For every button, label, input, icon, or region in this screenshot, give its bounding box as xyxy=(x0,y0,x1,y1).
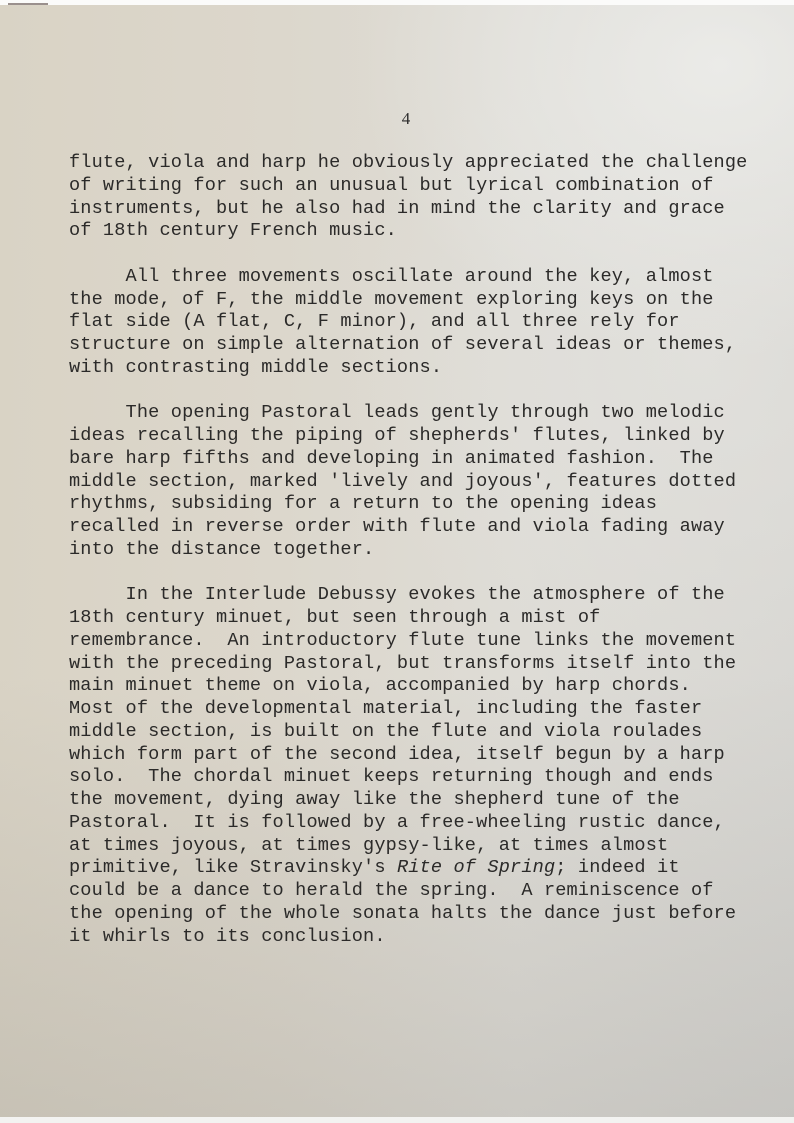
paragraph-1: flute, viola and harp he obviously appre… xyxy=(69,152,769,243)
text-line: In the Interlude Debussy evokes the atmo… xyxy=(69,584,769,607)
page-number: 4 xyxy=(0,109,794,129)
text-line: solo. The chordal minuet keeps returning… xyxy=(69,766,769,789)
text-line: structure on simple alternation of sever… xyxy=(69,334,769,357)
text-line: bare harp fifths and developing in anima… xyxy=(69,448,769,471)
text-line: the opening of the whole sonata halts th… xyxy=(69,903,769,926)
text-line: instruments, but he also had in mind the… xyxy=(69,198,769,221)
italic-title: Rite of Spring xyxy=(397,857,555,878)
text-line: into the distance together. xyxy=(69,539,769,562)
text-line: Most of the developmental material, incl… xyxy=(69,698,769,721)
text-line: remembrance. An introductory flute tune … xyxy=(69,630,769,653)
text-line: of writing for such an unusual but lyric… xyxy=(69,175,769,198)
text-line: Pastoral. It is followed by a free-wheel… xyxy=(69,812,769,835)
text-line: main minuet theme on viola, accompanied … xyxy=(69,675,769,698)
photo-bottom-edge xyxy=(0,1117,794,1123)
text-line: which form part of the second idea, itse… xyxy=(69,744,769,767)
text-line: could be a dance to herald the spring. A… xyxy=(69,880,769,903)
text-line: All three movements oscillate around the… xyxy=(69,266,769,289)
text-line: it whirls to its conclusion. xyxy=(69,926,769,949)
text-line: the mode, of F, the middle movement expl… xyxy=(69,289,769,312)
text-line: the movement, dying away like the shephe… xyxy=(69,789,769,812)
paragraph-4: In the Interlude Debussy evokes the atmo… xyxy=(69,584,769,948)
paragraph-3: The opening Pastoral leads gently throug… xyxy=(69,402,769,561)
text-line: flute, viola and harp he obviously appre… xyxy=(69,152,769,175)
text-line: of 18th century French music. xyxy=(69,220,769,243)
text-line: rhythms, subsiding for a return to the o… xyxy=(69,493,769,516)
text-line: with contrasting middle sections. xyxy=(69,357,769,380)
text-line: with the preceding Pastoral, but transfo… xyxy=(69,653,769,676)
text-line: flat side (A flat, C, F minor), and all … xyxy=(69,311,769,334)
document-body: flute, viola and harp he obviously appre… xyxy=(69,152,769,971)
text-line: middle section, marked 'lively and joyou… xyxy=(69,471,769,494)
text-line: middle section, is built on the flute an… xyxy=(69,721,769,744)
text-line: ideas recalling the piping of shepherds'… xyxy=(69,425,769,448)
text-line: recalled in reverse order with flute and… xyxy=(69,516,769,539)
text-line: The opening Pastoral leads gently throug… xyxy=(69,402,769,425)
text-line: 18th century minuet, but seen through a … xyxy=(69,607,769,630)
text-line: at times joyous, at times gypsy-like, at… xyxy=(69,835,769,858)
text-line: primitive, like Stravinsky's Rite of Spr… xyxy=(69,857,769,880)
paragraph-2: All three movements oscillate around the… xyxy=(69,266,769,380)
